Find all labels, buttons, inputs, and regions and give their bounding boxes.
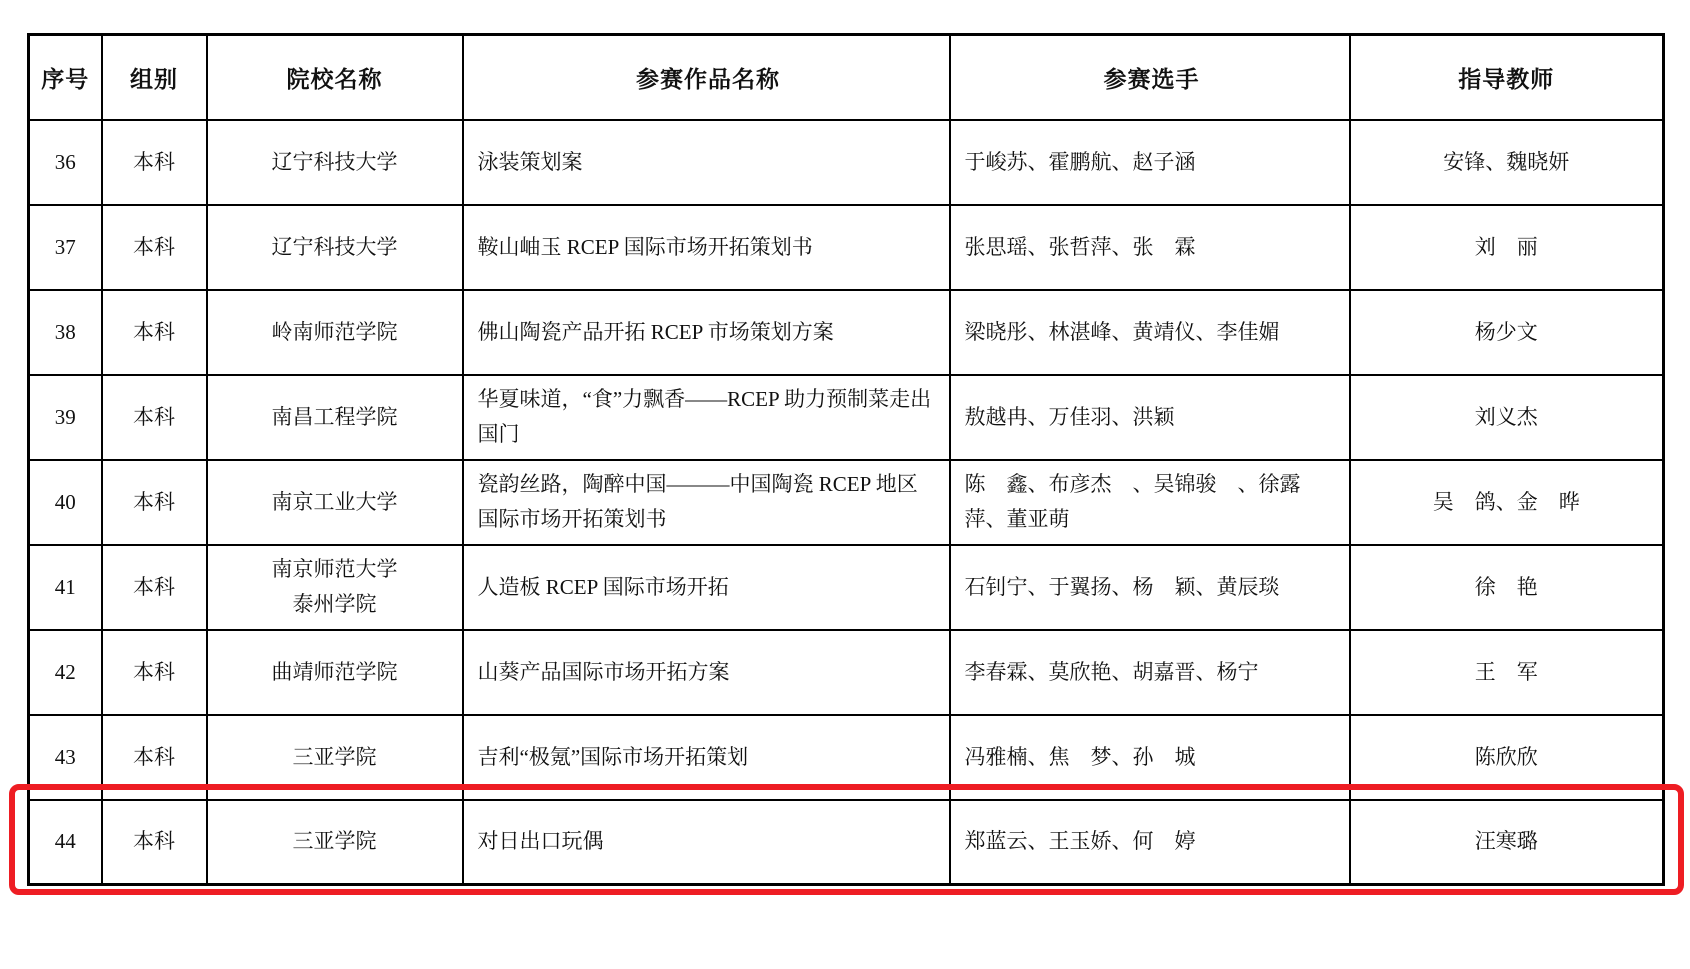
cell-work: 瓷韵丝路，陶醉中国———中国陶瓷 RCEP 地区国际市场开拓策划书	[463, 460, 950, 545]
cell-teacher: 安锋、魏晓妍	[1350, 120, 1664, 205]
cell-teacher: 王 军	[1350, 630, 1664, 715]
cell-group: 本科	[102, 120, 207, 205]
cell-school: 辽宁科技大学	[207, 205, 463, 290]
table-row: 43本科三亚学院吉利“极氪”国际市场开拓策划冯雅楠、焦 梦、孙 城陈欣欣	[29, 715, 1664, 800]
cell-teacher: 陈欣欣	[1350, 715, 1664, 800]
cell-group: 本科	[102, 545, 207, 630]
cell-no: 36	[29, 120, 102, 205]
cell-school: 南京师范大学 泰州学院	[207, 545, 463, 630]
cell-players: 李春霖、莫欣艳、胡嘉晋、杨宁	[950, 630, 1350, 715]
cell-players: 石钊宁、于翼扬、杨 颖、黄辰琰	[950, 545, 1350, 630]
cell-school: 岭南师范学院	[207, 290, 463, 375]
cell-school: 南京工业大学	[207, 460, 463, 545]
cell-group: 本科	[102, 205, 207, 290]
table-row: 40本科南京工业大学瓷韵丝路，陶醉中国———中国陶瓷 RCEP 地区国际市场开拓…	[29, 460, 1664, 545]
cell-players: 郑蓝云、王玉娇、何 婷	[950, 800, 1350, 885]
cell-work: 对日出口玩偶	[463, 800, 950, 885]
col-header-work: 参赛作品名称	[463, 35, 950, 120]
cell-teacher: 刘义杰	[1350, 375, 1664, 460]
cell-school: 三亚学院	[207, 800, 463, 885]
cell-group: 本科	[102, 800, 207, 885]
cell-no: 42	[29, 630, 102, 715]
cell-school: 三亚学院	[207, 715, 463, 800]
table-row: 41本科南京师范大学 泰州学院人造板 RCEP 国际市场开拓石钊宁、于翼扬、杨 …	[29, 545, 1664, 630]
table-row: 39本科南昌工程学院华夏味道，“食”力飘香——RCEP 助力预制菜走出国门敖越冉…	[29, 375, 1664, 460]
cell-no: 44	[29, 800, 102, 885]
cell-no: 38	[29, 290, 102, 375]
cell-teacher: 徐 艳	[1350, 545, 1664, 630]
table-row: 36本科辽宁科技大学泳装策划案于峻苏、霍鹏航、赵子涵安锋、魏晓妍	[29, 120, 1664, 205]
cell-players: 张思瑶、张哲萍、张 霖	[950, 205, 1350, 290]
cell-school: 曲靖师范学院	[207, 630, 463, 715]
cell-teacher: 杨少文	[1350, 290, 1664, 375]
cell-teacher: 汪寒璐	[1350, 800, 1664, 885]
col-header-group: 组别	[102, 35, 207, 120]
cell-no: 40	[29, 460, 102, 545]
cell-no: 41	[29, 545, 102, 630]
cell-work: 山葵产品国际市场开拓方案	[463, 630, 950, 715]
cell-work: 人造板 RCEP 国际市场开拓	[463, 545, 950, 630]
cell-group: 本科	[102, 630, 207, 715]
cell-players: 梁晓彤、林湛峰、黄靖仪、李佳媚	[950, 290, 1350, 375]
cell-no: 37	[29, 205, 102, 290]
cell-group: 本科	[102, 460, 207, 545]
cell-school: 南昌工程学院	[207, 375, 463, 460]
table-header-row: 序号 组别 院校名称 参赛作品名称 参赛选手 指导教师	[29, 35, 1664, 120]
document-page: 序号 组别 院校名称 参赛作品名称 参赛选手 指导教师 36本科辽宁科技大学泳装…	[0, 0, 1690, 969]
col-header-school: 院校名称	[207, 35, 463, 120]
table-row: 44本科三亚学院对日出口玩偶郑蓝云、王玉娇、何 婷汪寒璐	[29, 800, 1664, 885]
cell-group: 本科	[102, 375, 207, 460]
cell-no: 43	[29, 715, 102, 800]
col-header-players: 参赛选手	[950, 35, 1350, 120]
cell-teacher: 吴 鸽、金 晔	[1350, 460, 1664, 545]
cell-work: 泳装策划案	[463, 120, 950, 205]
cell-work: 鞍山岫玉 RCEP 国际市场开拓策划书	[463, 205, 950, 290]
cell-work: 佛山陶瓷产品开拓 RCEP 市场策划方案	[463, 290, 950, 375]
cell-no: 39	[29, 375, 102, 460]
results-table: 序号 组别 院校名称 参赛作品名称 参赛选手 指导教师 36本科辽宁科技大学泳装…	[27, 33, 1665, 886]
table-row: 38本科岭南师范学院佛山陶瓷产品开拓 RCEP 市场策划方案梁晓彤、林湛峰、黄靖…	[29, 290, 1664, 375]
col-header-no: 序号	[29, 35, 102, 120]
table-body: 36本科辽宁科技大学泳装策划案于峻苏、霍鹏航、赵子涵安锋、魏晓妍37本科辽宁科技…	[29, 120, 1664, 885]
cell-players: 于峻苏、霍鹏航、赵子涵	[950, 120, 1350, 205]
cell-players: 敖越冉、万佳羽、洪颖	[950, 375, 1350, 460]
cell-work: 吉利“极氪”国际市场开拓策划	[463, 715, 950, 800]
col-header-teacher: 指导教师	[1350, 35, 1664, 120]
table-header: 序号 组别 院校名称 参赛作品名称 参赛选手 指导教师	[29, 35, 1664, 120]
table-row: 37本科辽宁科技大学鞍山岫玉 RCEP 国际市场开拓策划书张思瑶、张哲萍、张 霖…	[29, 205, 1664, 290]
cell-players: 冯雅楠、焦 梦、孙 城	[950, 715, 1350, 800]
cell-players: 陈 鑫、布彦杰 、吴锦骏 、徐露萍、董亚萌	[950, 460, 1350, 545]
cell-school: 辽宁科技大学	[207, 120, 463, 205]
table-row: 42本科曲靖师范学院山葵产品国际市场开拓方案李春霖、莫欣艳、胡嘉晋、杨宁王 军	[29, 630, 1664, 715]
cell-teacher: 刘 丽	[1350, 205, 1664, 290]
cell-work: 华夏味道，“食”力飘香——RCEP 助力预制菜走出国门	[463, 375, 950, 460]
cell-group: 本科	[102, 290, 207, 375]
cell-group: 本科	[102, 715, 207, 800]
